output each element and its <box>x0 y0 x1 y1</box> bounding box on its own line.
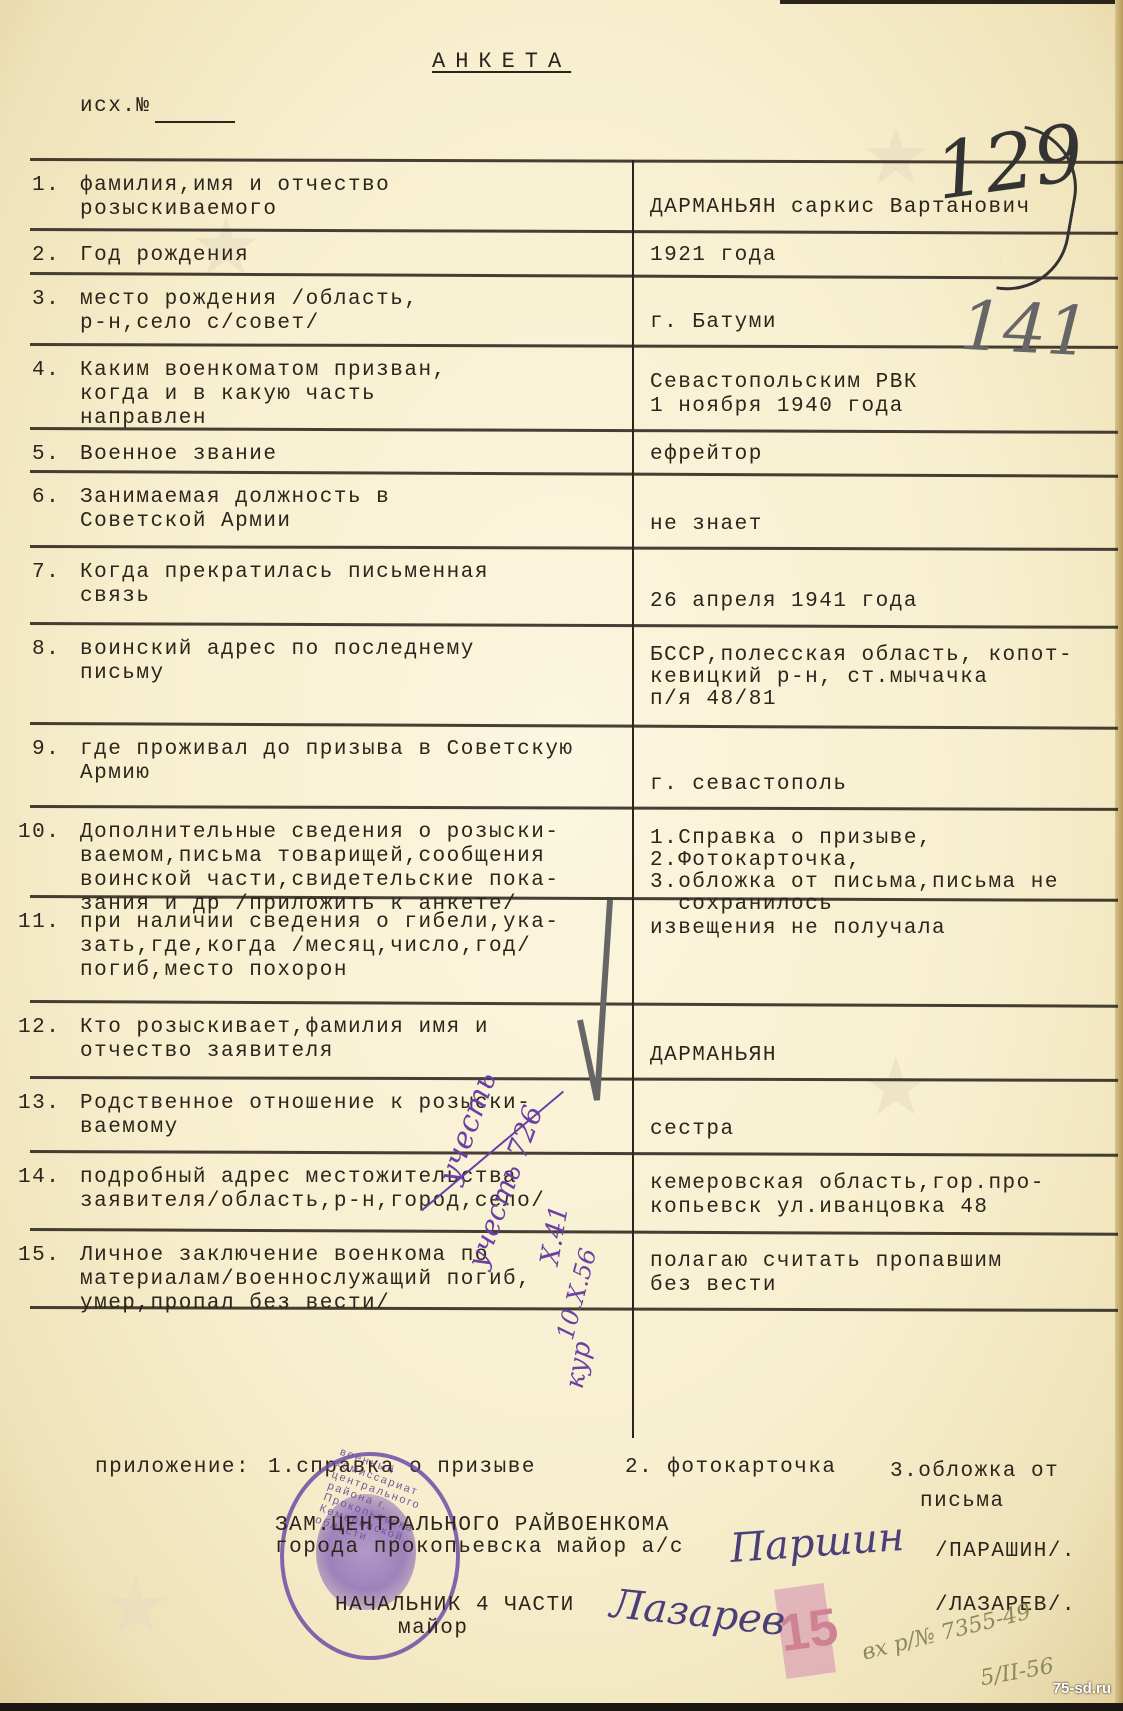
row-label: погиб,место похорон <box>80 959 348 983</box>
row-number: 13. <box>18 1092 60 1116</box>
row-label: зать,где,когда /месяц,число,год/ <box>80 935 531 959</box>
appendix-item-3-cont: письма <box>920 1490 1005 1514</box>
row-divider <box>30 805 1118 811</box>
row-value: п/я 48/81 <box>650 688 777 712</box>
row-value: г. Батуми <box>650 311 777 335</box>
row-value: копьевск ул.иванцовка 48 <box>650 1196 988 1220</box>
row-value: 1.Справка о призыве, <box>650 827 932 851</box>
row-label: Армию <box>80 762 151 786</box>
reference-number-label: исх.№ <box>80 95 151 119</box>
signature-title-2: города прокопьевска майор а/с <box>275 1536 684 1560</box>
row-label: Военное звание <box>80 443 277 467</box>
row-label: воинской части,свидетельские пока- <box>80 869 559 893</box>
row-value: кевицкий р-н, ст.мычачка <box>650 666 988 690</box>
row-label: воинский адрес по последнему <box>80 638 475 662</box>
row-label: Советской Армии <box>80 510 292 534</box>
signature-title-1: ЗАМ.ЦЕНТРАЛЬНОГО РАЙВОЕНКОМА <box>275 1514 670 1538</box>
star-watermark-icon: ★ <box>860 110 932 203</box>
row-divider <box>30 1000 1118 1008</box>
row-value: 1 ноября 1940 года <box>650 395 904 419</box>
row-label: Кто розыскивает,фамилия имя и <box>80 1016 489 1040</box>
row-value: 3.обложка от письма,письма не <box>650 871 1059 895</box>
row-label: когда и в какую часть <box>80 383 376 407</box>
row-label: ваемому <box>80 1116 179 1140</box>
checkmark-icon <box>575 900 615 1110</box>
signatory-name-1: /ПАРАШИН/. <box>935 1540 1076 1564</box>
row-number: 9. <box>32 738 60 762</box>
row-value: кемеровская область,гор.про- <box>650 1172 1045 1196</box>
row-value: не знает <box>650 513 763 537</box>
archival-document-page: ★ ★ ★ ★ АНКЕТА исх.№ 1.фамилия,имя и отч… <box>0 0 1123 1711</box>
row-number: 11. <box>18 911 60 935</box>
row-divider <box>30 343 1118 349</box>
row-value: 2.Фотокарточка, <box>650 849 862 873</box>
row-label: связь <box>80 585 151 609</box>
handwritten-side-number: 141 <box>958 287 1092 373</box>
row-value: 1921 года <box>650 244 777 268</box>
row-value: 26 апреля 1941 года <box>650 590 918 614</box>
handwritten-signature-1: Паршин <box>729 1514 906 1572</box>
row-value: извещения не получала <box>650 917 946 941</box>
document-title: АНКЕТА <box>432 50 571 74</box>
row-divider <box>30 1076 1118 1082</box>
row-label: письму <box>80 662 165 686</box>
row-value: сестра <box>650 1118 735 1142</box>
row-label: розыскиваемого <box>80 198 277 222</box>
row-number: 4. <box>32 359 60 383</box>
appendix-item-2: 2. фотокарточка <box>625 1456 837 1480</box>
row-value: без вести <box>650 1274 777 1298</box>
row-label: р-н,село с/совет/ <box>80 312 320 336</box>
row-label: отчество заявителя <box>80 1040 334 1064</box>
row-label: Занимаемая должность в <box>80 486 390 510</box>
row-number: 12. <box>18 1016 60 1040</box>
row-number: 7. <box>32 561 60 585</box>
row-number: 10. <box>18 821 60 845</box>
signature-title-3: НАЧАЛЬНИК 4 ЧАСТИ <box>335 1594 575 1618</box>
scan-edge-right <box>1115 0 1123 1711</box>
row-label: Дополнительные сведения о розыски- <box>80 821 559 845</box>
row-label: где проживал до призыва в Советскую <box>80 738 574 762</box>
appendix-label: приложение: <box>95 1456 250 1480</box>
row-label: ваемом,письма товарищей,сообщения <box>80 845 545 869</box>
row-value: Севастопольским РВК <box>650 371 918 395</box>
row-divider <box>30 545 1118 551</box>
appendix-item-3: 3.обложка от <box>890 1460 1059 1484</box>
reference-number-blank <box>155 121 235 123</box>
row-value: ДАРМАНЬЯН <box>650 1044 777 1068</box>
row-number: 1. <box>32 174 60 198</box>
row-label: материалам/военнослужащий погиб, <box>80 1268 531 1292</box>
handwritten-margin-note: кур <box>560 1339 598 1391</box>
row-label: Каким военкоматом призван, <box>80 359 447 383</box>
row-label: Личное заключение военкома по <box>80 1244 489 1268</box>
scan-edge-bottom <box>0 1703 1123 1711</box>
signature-title-4: майор <box>398 1617 469 1641</box>
row-number: 6. <box>32 486 60 510</box>
row-number: 3. <box>32 288 60 312</box>
star-watermark-icon: ★ <box>860 1040 932 1133</box>
row-label: Когда прекратилась письменная <box>80 561 489 585</box>
row-value: БССР,полесская область, копот- <box>650 644 1073 668</box>
row-divider <box>30 427 1118 434</box>
website-watermark: 75-sd.ru <box>1053 1680 1111 1697</box>
row-number: 5. <box>32 443 60 467</box>
row-number: 8. <box>32 638 60 662</box>
row-number: 14. <box>18 1166 60 1190</box>
row-divider <box>30 1150 1118 1157</box>
row-label: место рождения /область, <box>80 288 418 312</box>
row-label: умер,пропал без вести/ <box>80 1292 390 1316</box>
row-label: Год рождения <box>80 244 249 268</box>
row-divider <box>30 622 1118 629</box>
row-divider <box>30 470 1118 478</box>
star-watermark-icon: ★ <box>100 1560 172 1653</box>
row-divider <box>30 722 1118 730</box>
row-label: при наличии сведения о гибели,ука- <box>80 911 559 935</box>
handwritten-signature-2: Лазарев <box>608 1581 787 1645</box>
row-divider <box>30 1228 1118 1236</box>
row-value: полагаю считать пропавшим <box>650 1250 1003 1274</box>
row-value: ефрейтор <box>650 443 763 467</box>
row-label: заявителя/область,р-н,город,село/ <box>80 1190 545 1214</box>
row-number: 15. <box>18 1244 60 1268</box>
row-number: 2. <box>32 244 60 268</box>
column-divider <box>632 160 634 1438</box>
row-value: г. севастополь <box>650 773 847 797</box>
scan-edge-top <box>780 0 1123 4</box>
archive-note-date: 5/II-56 <box>978 1654 1055 1692</box>
row-label: фамилия,имя и отчество <box>80 174 390 198</box>
